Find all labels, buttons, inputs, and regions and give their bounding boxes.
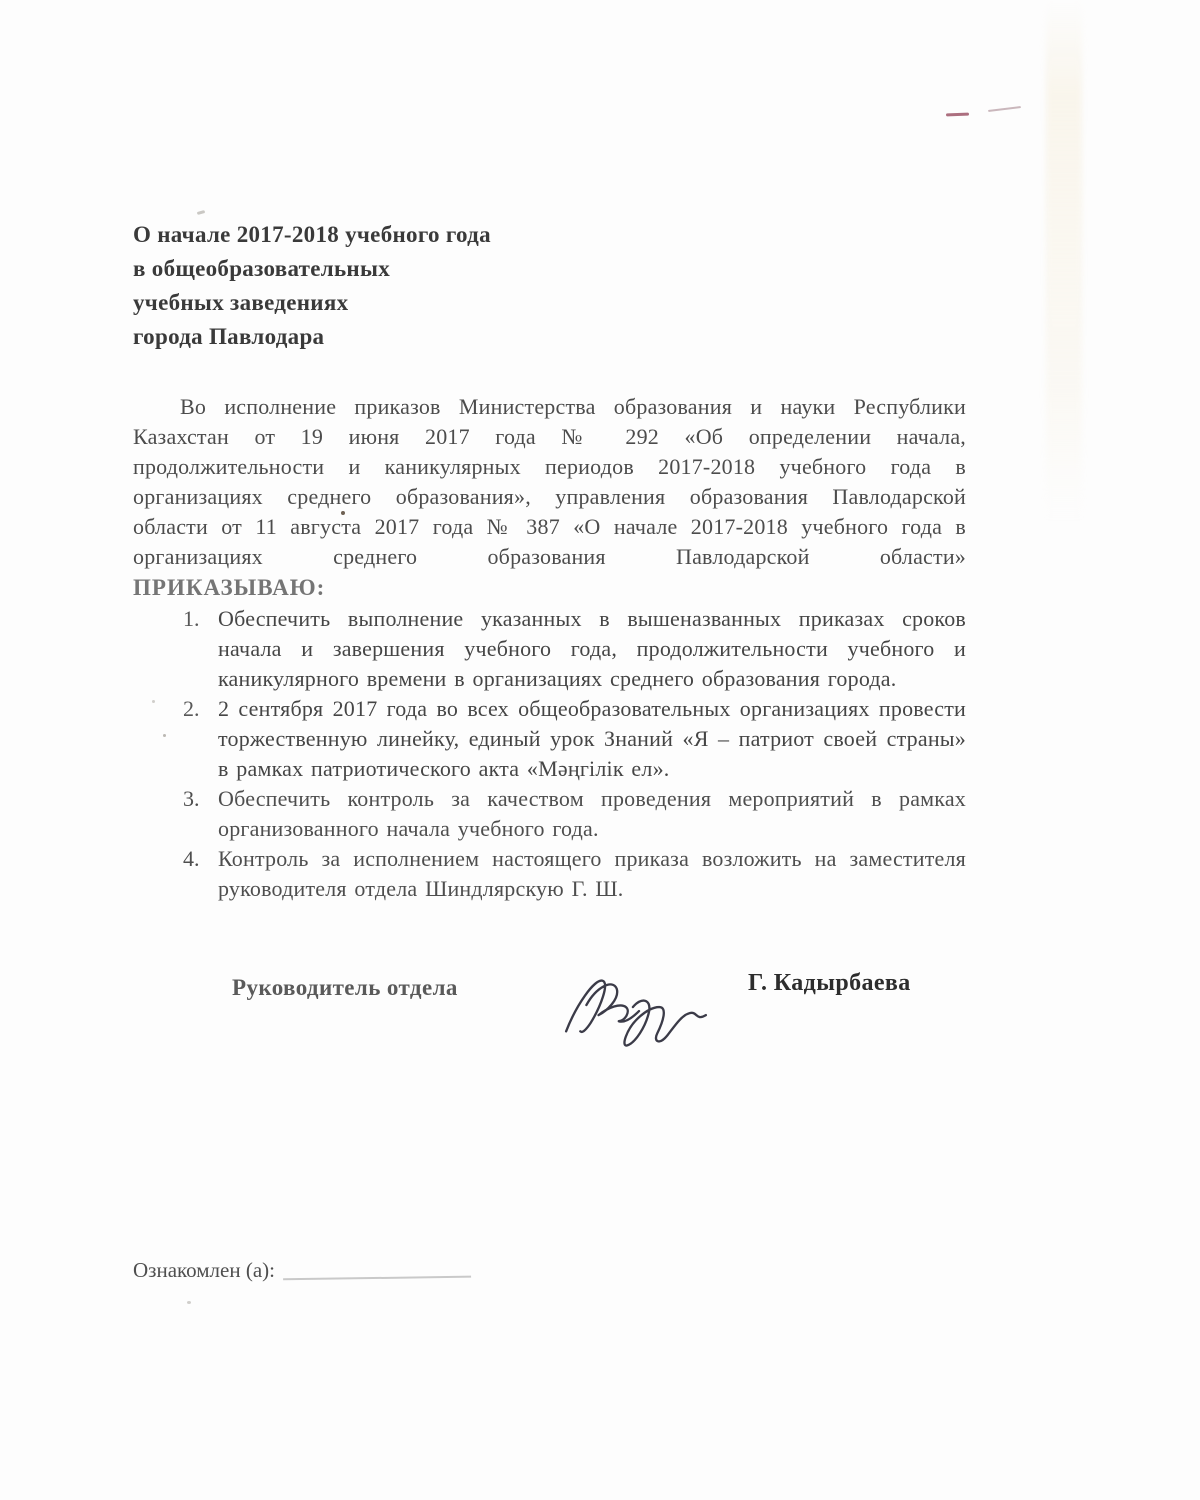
document-page: О начале 2017-2018 учебного года в общео… [0, 0, 1200, 1500]
scanner-shading-band [1046, 0, 1082, 520]
acknowledgement-label: Ознакомлен (а): [133, 1258, 275, 1282]
title-line-2: в общеобразовательных [133, 252, 491, 286]
order-item-2: 2. 2 сентября 2017 года во всех общеобра… [183, 694, 966, 784]
order-items-list: 1. Обеспечить выполнение указанных в выш… [133, 604, 966, 904]
acknowledgement-row: Ознакомлен (а): [133, 1258, 471, 1283]
order-item-3: 3. Обеспечить контроль за качеством пров… [183, 784, 966, 844]
order-item-text: Контроль за исполнением настоящего прика… [218, 844, 966, 904]
scan-speck [197, 210, 206, 215]
order-item-number: 3. [183, 784, 218, 844]
order-item-1: 1. Обеспечить выполнение указанных в выш… [183, 604, 966, 694]
order-item-number: 4. [183, 844, 218, 904]
signer-title: Руководитель отдела [232, 975, 458, 1001]
title-line-1: О начале 2017-2018 учебного года [133, 218, 491, 252]
order-item-number: 1. [183, 604, 218, 694]
order-item-text: Обеспечить контроль за качеством проведе… [218, 784, 966, 844]
title-line-4: города Павлодара [133, 320, 491, 354]
acknowledgement-signature-line [283, 1264, 471, 1281]
document-title: О начале 2017-2018 учебного года в общео… [133, 218, 491, 354]
order-item-number: 2. [183, 694, 218, 784]
order-item-text: 2 сентября 2017 года во всех общеобразов… [218, 694, 966, 784]
faint-dash-mark [988, 106, 1021, 112]
title-line-3: учебных заведениях [133, 286, 491, 320]
order-item-4: 4. Контроль за исполнением настоящего пр… [183, 844, 966, 904]
signer-name: Г. Кадырбаева [748, 970, 911, 997]
scan-speck [187, 1301, 191, 1304]
intro-paragraph: Во исполнение приказов Министерства обра… [133, 392, 966, 572]
document-body: Во исполнение приказов Министерства обра… [133, 392, 966, 904]
order-keyword: ПРИКАЗЫВАЮ: [133, 573, 966, 603]
handwritten-signature-icon [556, 958, 718, 1050]
order-item-text: Обеспечить выполнение указанных в вышена… [218, 604, 966, 694]
pink-dash-mark [946, 113, 969, 116]
